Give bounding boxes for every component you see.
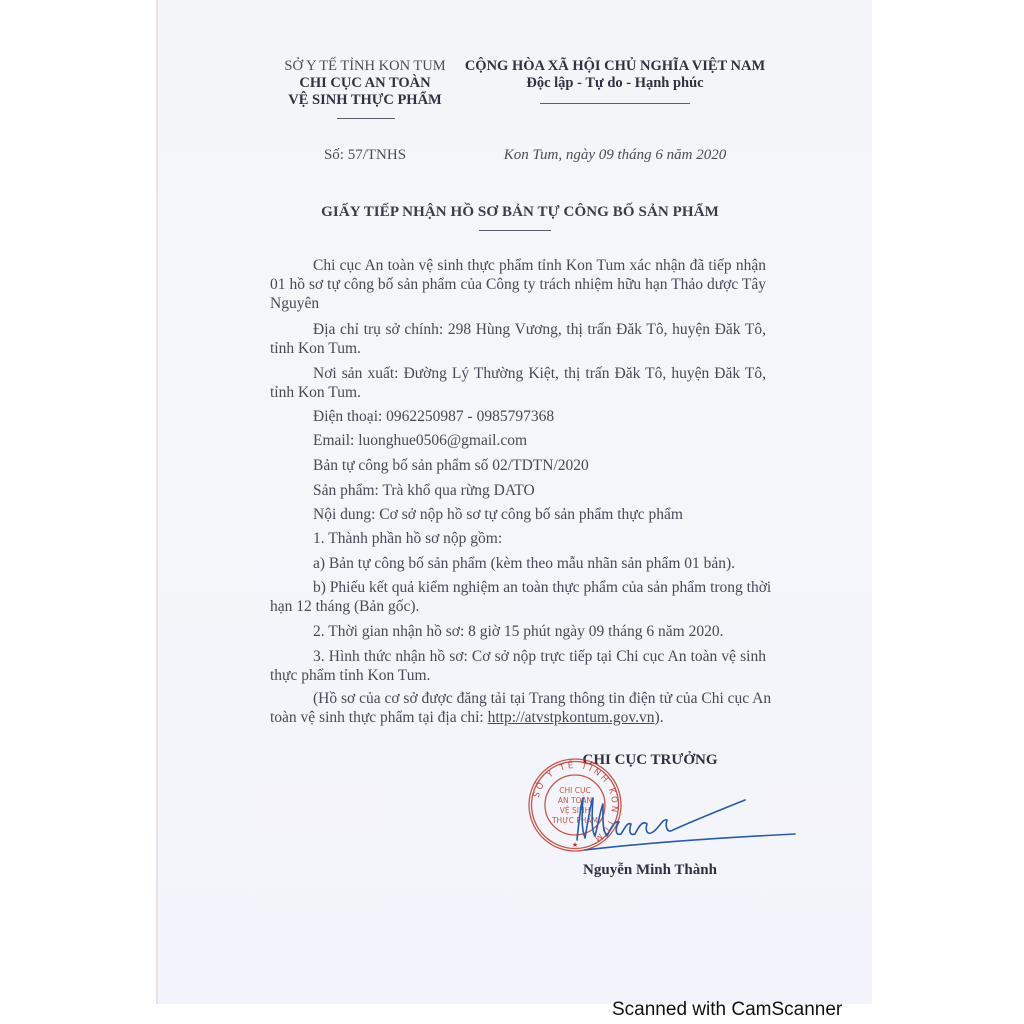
issuer-department: SỞ Y TẾ TỈNH KON TUM	[270, 58, 460, 75]
email-line: Email: luonghue0506@gmail.com	[270, 431, 809, 450]
item-3-line-2: thực phẩm tỉnh Kon Tum.	[270, 666, 766, 685]
note-line-2-prefix: toàn vệ sinh thực phẩm tại địa chỉ:	[270, 709, 488, 726]
reference-number: Số: 57/TNHS	[260, 147, 470, 164]
item-2: 2. Thời gian nhận hồ sơ: 8 giờ 15 phút n…	[270, 622, 809, 641]
issuer-underline	[337, 118, 395, 119]
signatory-name: Nguyễn Minh Thành	[520, 862, 780, 879]
intro-line-1: Chi cục An toàn vệ sinh thực phẩm tỉnh K…	[270, 256, 766, 275]
issuer-agency-line2: VỆ SINH THỰC PHẨM	[270, 92, 460, 109]
intro-line-3: Nguyên	[270, 294, 766, 313]
title-underline	[479, 230, 551, 231]
item-1a: a) Bản tự công bố sản phẩm (kèm theo mẫu…	[270, 554, 809, 573]
head-office-paragraph: Địa chỉ trụ sở chính: 298 Hùng Vương, th…	[270, 320, 766, 358]
item-3: 3. Hình thức nhận hồ sơ: Cơ sở nộp trực …	[270, 647, 766, 685]
note-line-1: (Hồ sơ của cơ sở được đăng tải tại Trang…	[270, 689, 766, 708]
declaration-line: Bản tự công bố sản phẩm số 02/TDTN/2020	[270, 456, 809, 475]
item-1: 1. Thành phần hồ sơ nộp gồm:	[270, 529, 809, 548]
national-motto: Độc lập - Tự do - Hạnh phúc	[455, 75, 775, 92]
issuer-header: SỞ Y TẾ TỈNH KON TUM CHI CỤC AN TOÀN VỆ …	[270, 58, 460, 109]
head-office-line-1: Địa chỉ trụ sở chính: 298 Hùng Vương, th…	[270, 320, 766, 339]
intro-line-2: 01 hồ sơ tự công bố sản phẩm của Công ty…	[270, 275, 766, 294]
note-line-2: toàn vệ sinh thực phẩm tại địa chỉ: http…	[270, 708, 766, 727]
motto-underline	[540, 103, 690, 104]
production-site-paragraph: Nơi sản xuất: Đường Lý Thường Kiệt, thị …	[270, 364, 766, 402]
item-1b-line-2: hạn 12 tháng (Bản gốc).	[270, 597, 766, 616]
handwritten-signature-icon	[555, 790, 805, 860]
national-title: CỘNG HÒA XÃ HỘI CHỦ NGHĨA VIỆT NAM	[455, 58, 775, 75]
production-site-line-1: Nơi sản xuất: Đường Lý Thường Kiệt, thị …	[270, 364, 766, 383]
intro-paragraph: Chi cục An toàn vệ sinh thực phẩm tỉnh K…	[270, 256, 766, 313]
item-3-line-1: 3. Hình thức nhận hồ sơ: Cơ sở nộp trực …	[270, 647, 766, 666]
camscanner-watermark: Scanned with CamScanner	[612, 999, 842, 1021]
item-1b: b) Phiếu kết quả kiểm nghiệm an toàn thự…	[270, 578, 766, 616]
issuer-agency-line1: CHI CỤC AN TOÀN	[270, 75, 460, 92]
production-site-line-2: tỉnh Kon Tum.	[270, 383, 766, 402]
note-paragraph: (Hồ sơ của cơ sở được đăng tải tại Trang…	[270, 689, 766, 727]
product-line: Sản phẩm: Trà khổ qua rừng DATO	[270, 481, 809, 500]
head-office-line-2: tỉnh Kon Tum.	[270, 339, 766, 358]
website-link[interactable]: http://atvstpkontum.gov.vn	[488, 709, 655, 726]
item-1b-line-1: b) Phiếu kết quả kiểm nghiệm an toàn thự…	[270, 578, 766, 597]
content-line: Nội dung: Cơ sở nộp hồ sơ tự công bố sản…	[270, 505, 809, 524]
place-date: Kon Tum, ngày 09 tháng 6 năm 2020	[455, 147, 775, 164]
national-header: CỘNG HÒA XÃ HỘI CHỦ NGHĨA VIỆT NAM Độc l…	[455, 58, 775, 92]
note-line-2-suffix: ).	[655, 709, 664, 726]
phone-line: Điện thoại: 0962250987 - 0985797368	[270, 407, 809, 426]
document-title: GIẤY TIẾP NHẬN HỒ SƠ BẢN TỰ CÔNG BỐ SẢN …	[270, 204, 770, 221]
